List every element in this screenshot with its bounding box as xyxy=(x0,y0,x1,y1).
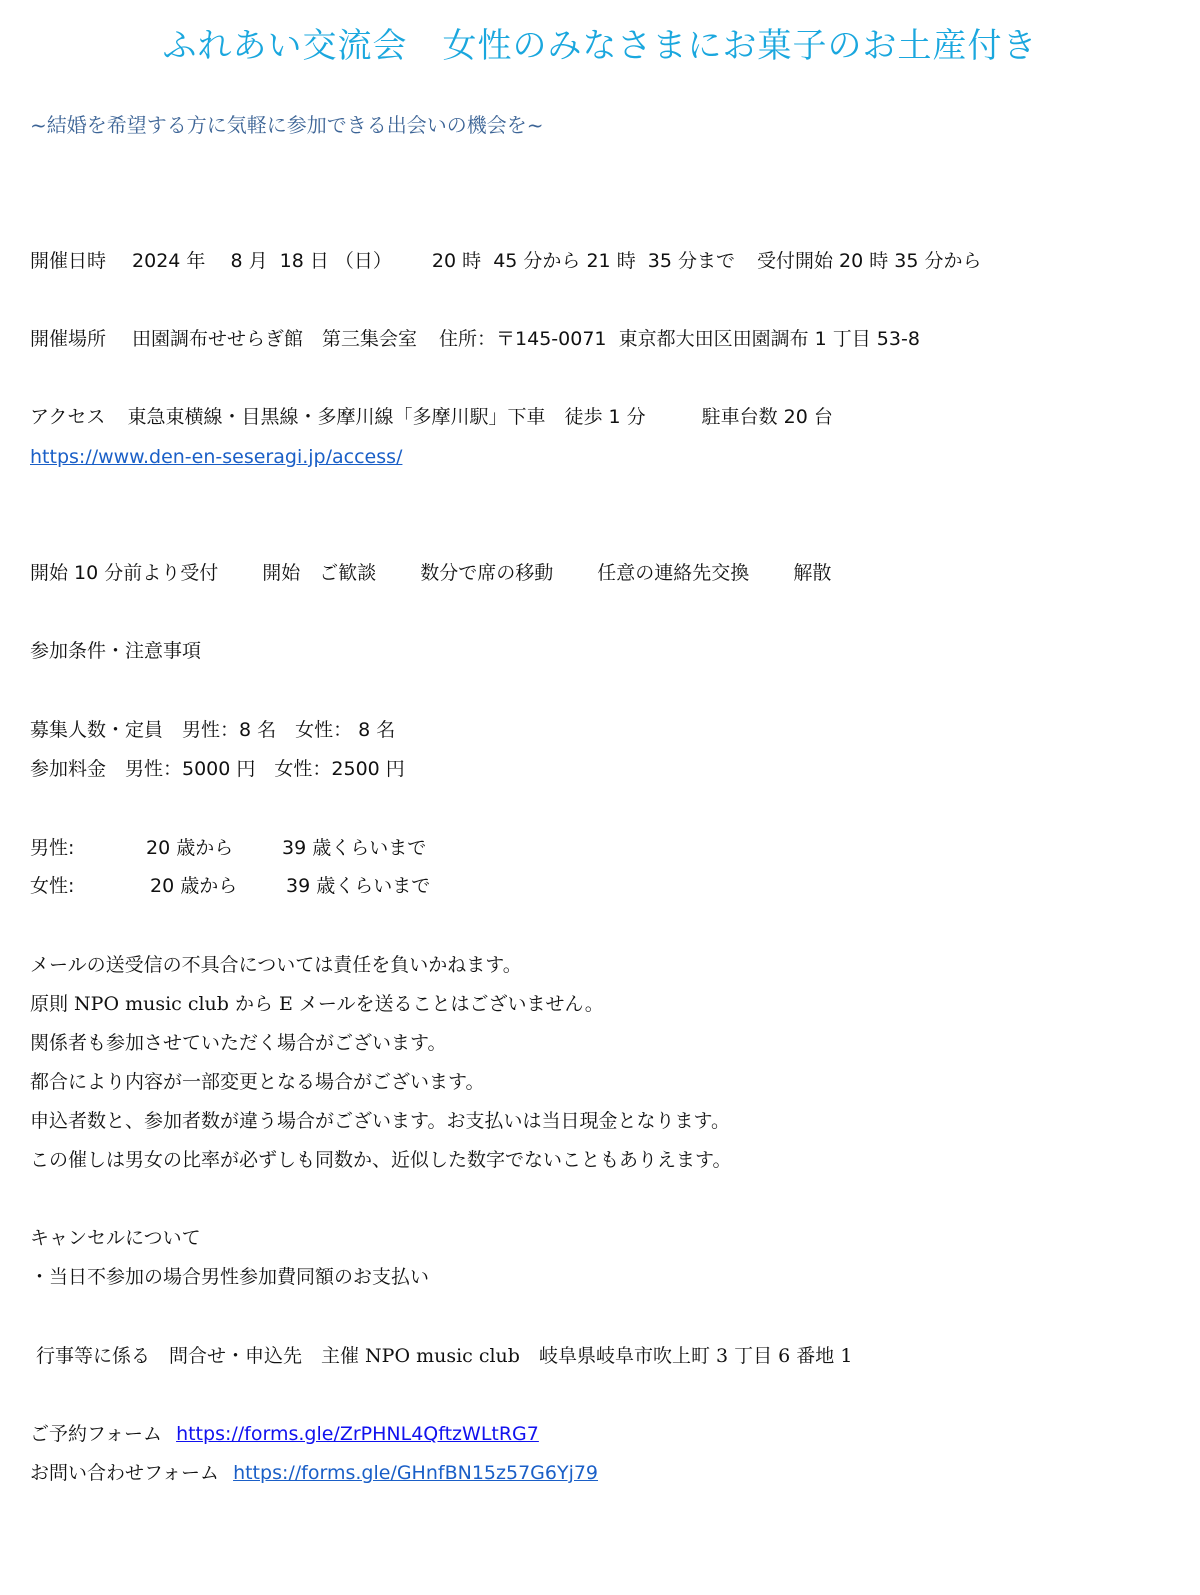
male-age-from: 20 歳から xyxy=(146,835,282,861)
event-access: アクセス東急東横線・目黒線・多摩川線「多摩川駅」下車 徒歩 1 分駐車台数 20… xyxy=(30,404,833,430)
reserve-form-label: ご予約フォーム xyxy=(30,1423,162,1445)
capacity-info: 募集人数・定員 男性：8 名 女性： 8 名 xyxy=(30,717,395,743)
contact-info: 行事等に係る 問合せ・申込先 主催 NPO music club 岐阜県岐阜市吹… xyxy=(36,1343,852,1369)
male-age-to: 39 歳くらいまで xyxy=(282,837,426,859)
reserve-form-row: ご予約フォームhttps://forms.gle/ZrPHNL4QftzWLtR… xyxy=(30,1421,539,1447)
cancel-heading: キャンセルについて xyxy=(30,1225,201,1251)
male-label: 男性: xyxy=(30,835,146,861)
reserve-form-link[interactable]: https://forms.gle/ZrPHNL4QftzWLtRG7 xyxy=(176,1423,539,1445)
note: 申込者数と、参加者数が違う場合がございます。お支払いは当日現金となります。 xyxy=(30,1108,730,1134)
page-title: ふれあい交流会 女性のみなさまにお菓子のお土産付き xyxy=(0,22,1200,70)
female-label: 女性: xyxy=(30,873,150,899)
note: 都合により内容が一部変更となる場合がございます。 xyxy=(30,1069,484,1095)
note: 関係者も参加させていただく場合がございます。 xyxy=(30,1030,446,1056)
schedule-row: 開始 10 分前より受付開始 ご歓談数分で席の移動任意の連絡先交換解散 xyxy=(30,560,831,586)
access-route: 東急東横線・目黒線・多摩川線「多摩川駅」下車 徒歩 1 分 xyxy=(127,406,645,428)
female-age-range: 女性:20 歳から39 歳くらいまで xyxy=(30,873,430,899)
conditions-heading: 参加条件・注意事項 xyxy=(30,638,201,664)
schedule-step: 開始 10 分前より受付 xyxy=(30,562,218,584)
note: この催しは男女の比率が必ずしも同数か、近似した数字でないこともありえます。 xyxy=(30,1147,731,1173)
schedule-step: 数分で席の移動 xyxy=(420,562,553,584)
female-age-to: 39 歳くらいまで xyxy=(286,875,430,897)
note: 原則 NPO music club から E メールを送ることはございません。 xyxy=(30,991,604,1017)
schedule-step: 開始 ご歓談 xyxy=(262,562,376,584)
inquiry-form-link[interactable]: https://forms.gle/GHnfBN15z57G6Yj79 xyxy=(233,1462,598,1484)
inquiry-form-label: お問い合わせフォーム xyxy=(30,1462,219,1484)
access-link[interactable]: https://www.den-en-seseragi.jp/access/ xyxy=(30,446,402,468)
parking-info: 駐車台数 20 台 xyxy=(702,406,833,428)
datetime-label: 開催日時 xyxy=(30,250,106,272)
venue-label: 開催場所 xyxy=(30,328,106,350)
inquiry-form-row: お問い合わせフォームhttps://forms.gle/GHnfBN15z57G… xyxy=(30,1460,598,1486)
fee-info: 参加料金 男性：5000 円 女性：2500 円 xyxy=(30,756,405,782)
female-age-from: 20 歳から xyxy=(150,873,286,899)
event-venue: 開催場所田園調布せせらぎ館 第三集会室住所：〒145-0071 東京都大田区田園… xyxy=(30,326,920,352)
subtitle: ~結婚を希望する方に気軽に参加できる出会いの機会を~ xyxy=(30,112,544,138)
event-time: 20 時 45 分から 21 時 35 分まで xyxy=(432,250,735,272)
venue-name: 田園調布せせらぎ館 第三集会室 xyxy=(132,328,417,350)
schedule-step: 任意の連絡先交換 xyxy=(597,562,749,584)
reception-time: 受付開始 20 時 35 分から xyxy=(757,250,982,272)
note: メールの送受信の不具合については責任を負いかねます。 xyxy=(30,952,522,978)
schedule-step: 解散 xyxy=(793,562,831,584)
event-datetime: 開催日時2024 年 8 月 18 日 （日）20 時 45 分から 21 時 … xyxy=(30,248,982,274)
male-age-range: 男性:20 歳から39 歳くらいまで xyxy=(30,835,426,861)
event-date: 2024 年 8 月 18 日 （日） xyxy=(132,250,392,272)
venue-address: 住所：〒145-0071 東京都大田区田園調布 1 丁目 53-8 xyxy=(439,328,920,350)
access-label: アクセス xyxy=(30,406,105,428)
cancel-policy: ・当日不参加の場合男性参加費同額のお支払い xyxy=(30,1264,429,1290)
